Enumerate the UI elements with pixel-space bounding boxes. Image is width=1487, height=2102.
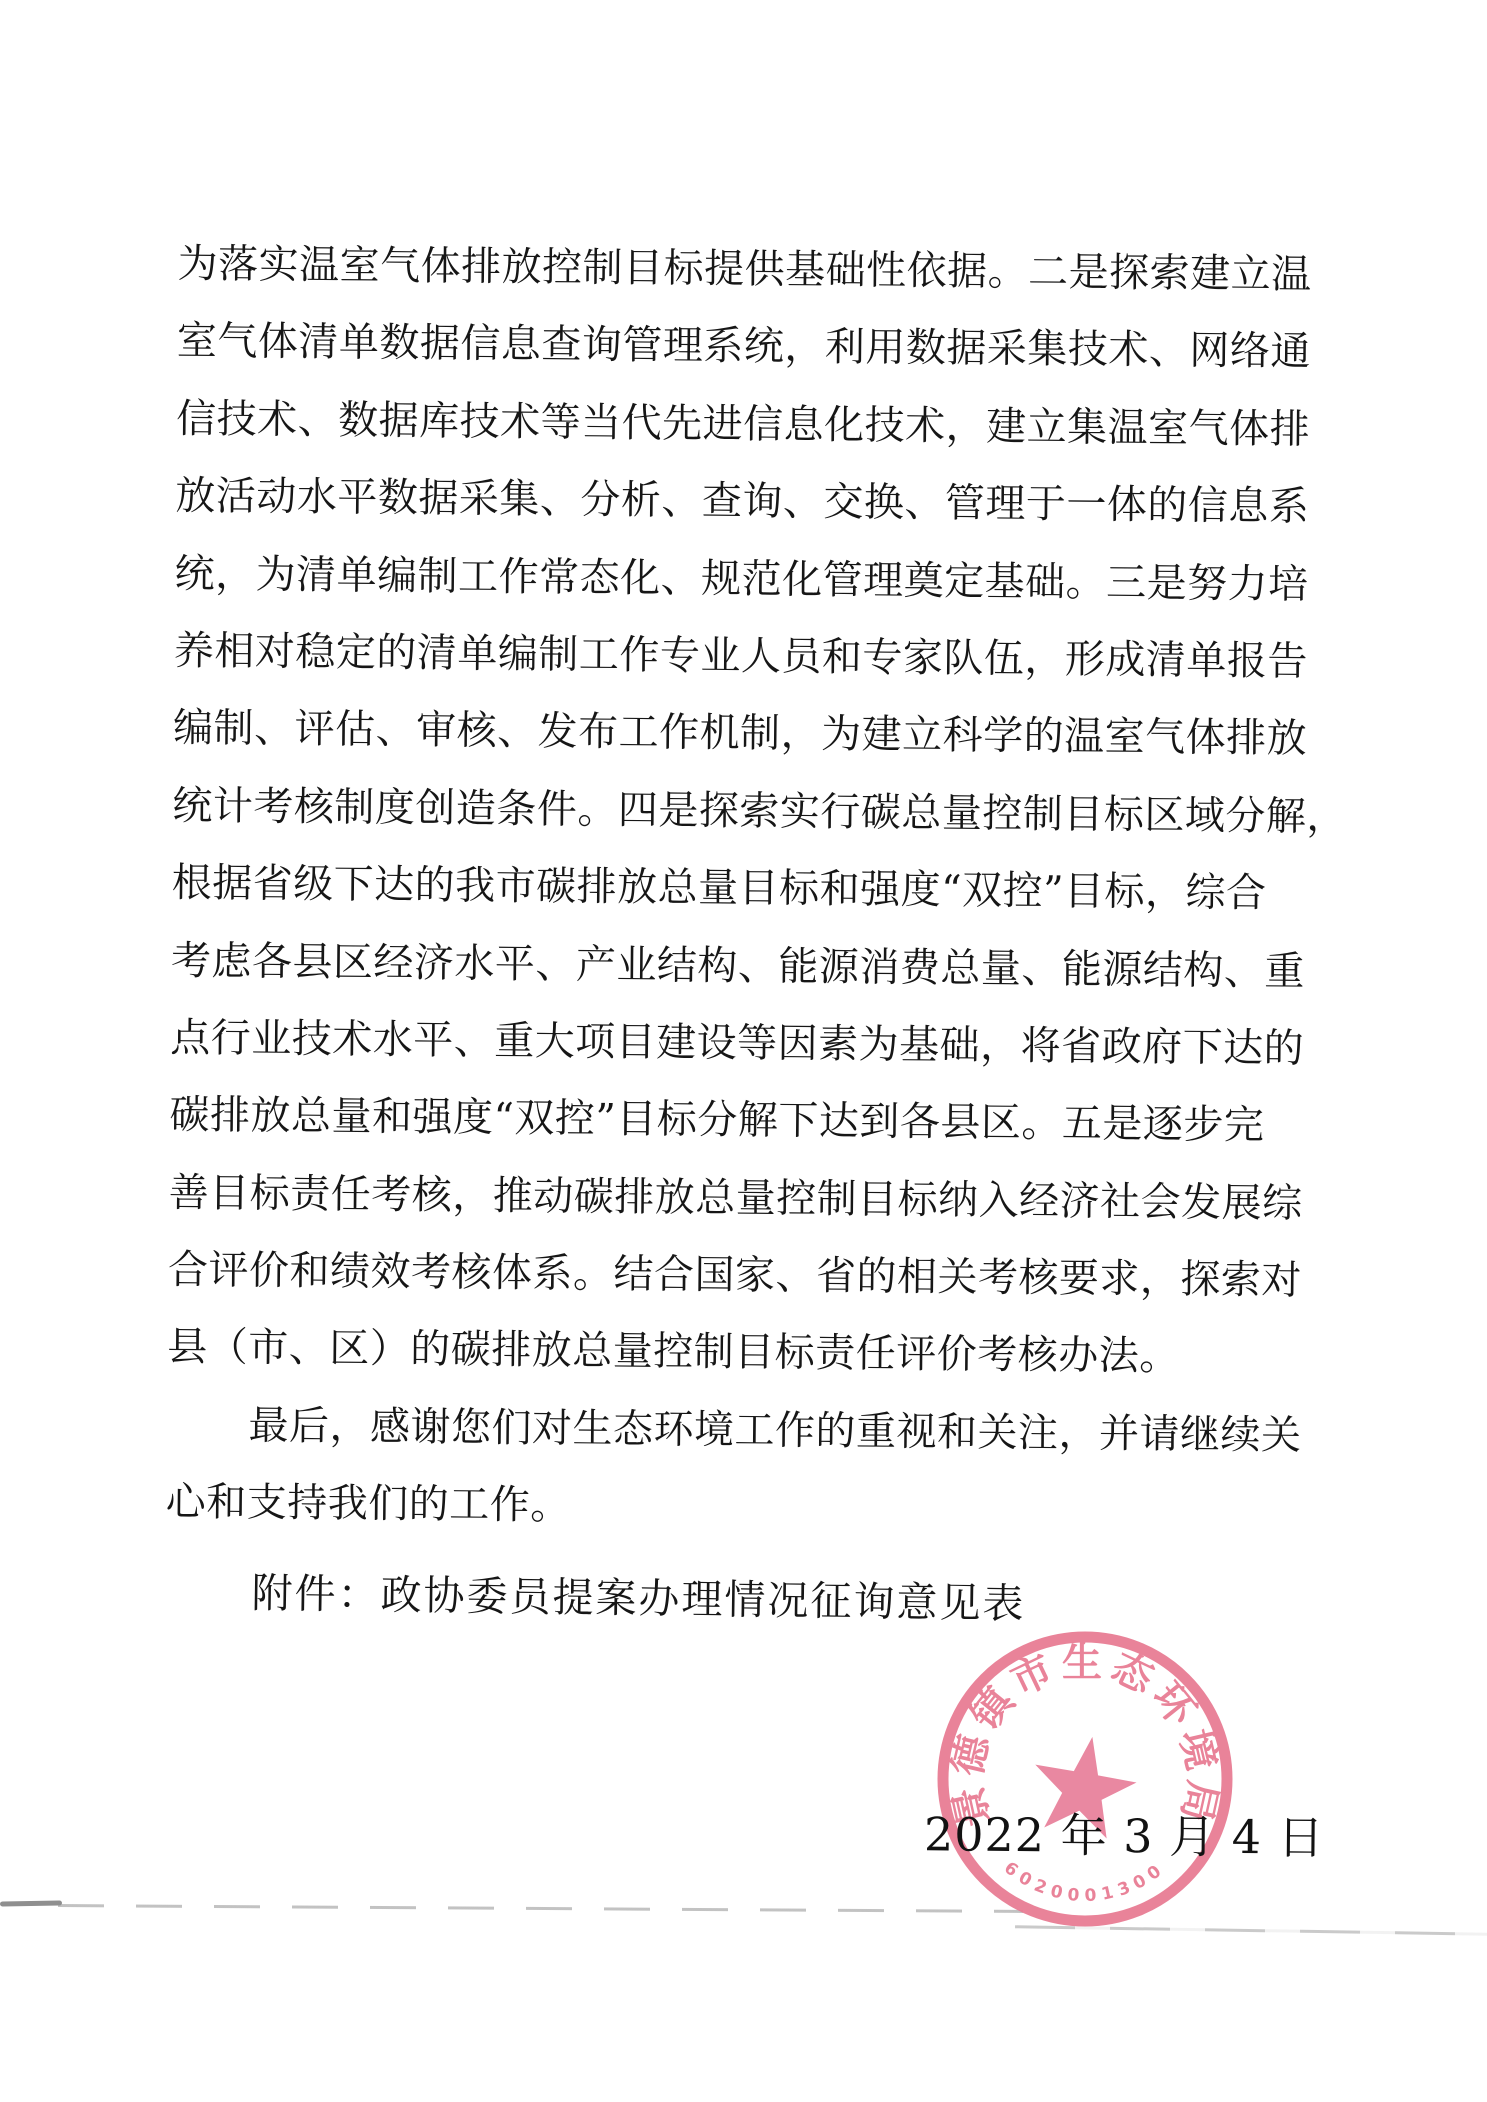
scan-artifact-line — [58, 1904, 1023, 1913]
body-text-line: 合评价和绩效考核体系。结合国家、省的相关考核要求，探索对 — [168, 1232, 1311, 1320]
official-seal: 景德镇市生态环境局 360200013003 — [930, 1624, 1240, 1934]
body-text-line: 根据省级下达的我市碳排放总量目标和强度“双控”目标，综合 — [171, 845, 1314, 933]
body-text-line: 信技术、数据库技术等当代先进信息化技术，建立集温室气体排 — [176, 381, 1319, 469]
body-text-line: 统，为清单编制工作常态化、规范化管理奠定基础。三是努力培 — [174, 536, 1317, 624]
date-line: 2022 年 3 月 4 日 — [924, 1798, 1325, 1867]
body-text-line: 善目标责任考核，推动碳排放总量控制目标纳入经济社会发展综 — [168, 1155, 1311, 1243]
body-text-line: 点行业技术水平、重大项目建设等因素为基础，将省政府下达的 — [170, 1000, 1313, 1088]
body-text-line: 统计考核制度创造条件。四是探索实行碳总量控制目标区域分解， — [172, 768, 1315, 856]
body-text-line: 碳排放总量和强度“双控”目标分解下达到各县区。五是逐步完 — [169, 1077, 1312, 1165]
body-text-line: 考虑各县区经济水平、产业结构、能源消费总量、能源结构、重 — [171, 922, 1314, 1010]
body-text-line: 心和支持我们的工作。 — [165, 1464, 1308, 1552]
attachment-line: 附件：政协委员提案办理情况征询意见表 — [251, 1560, 1026, 1630]
scan-artifact-dash — [0, 1900, 62, 1906]
body-text-line: 为落实温室气体排放控制目标提供基础性依据。二是探索建立温 — [177, 226, 1320, 314]
body-text-line: 养相对稳定的清单编制工作专业人员和专家队伍，形成清单报告 — [174, 613, 1317, 701]
body-text-line: 县（市、区）的碳排放总量控制目标责任评价考核办法。 — [167, 1309, 1310, 1397]
body-text-line: 放活动水平数据采集、分析、查询、交换、管理于一体的信息系 — [175, 458, 1318, 546]
body-text-block: 为落实温室气体排放控制目标提供基础性依据。二是探索建立温 室气体清单数据信息查询… — [165, 226, 1320, 1553]
body-text-line: 编制、评估、审核、发布工作机制，为建立科学的温室气体排放 — [173, 690, 1316, 778]
scanned-document-page: 为落实温室气体排放控制目标提供基础性依据。二是探索建立温 室气体清单数据信息查询… — [0, 0, 1487, 2102]
body-text-line-paragraph-start: 最后，感谢您们对生态环境工作的重视和关注，并请继续关 — [166, 1387, 1309, 1475]
body-text-line: 室气体清单数据信息查询管理系统，利用数据采集技术、网络通 — [177, 303, 1320, 391]
